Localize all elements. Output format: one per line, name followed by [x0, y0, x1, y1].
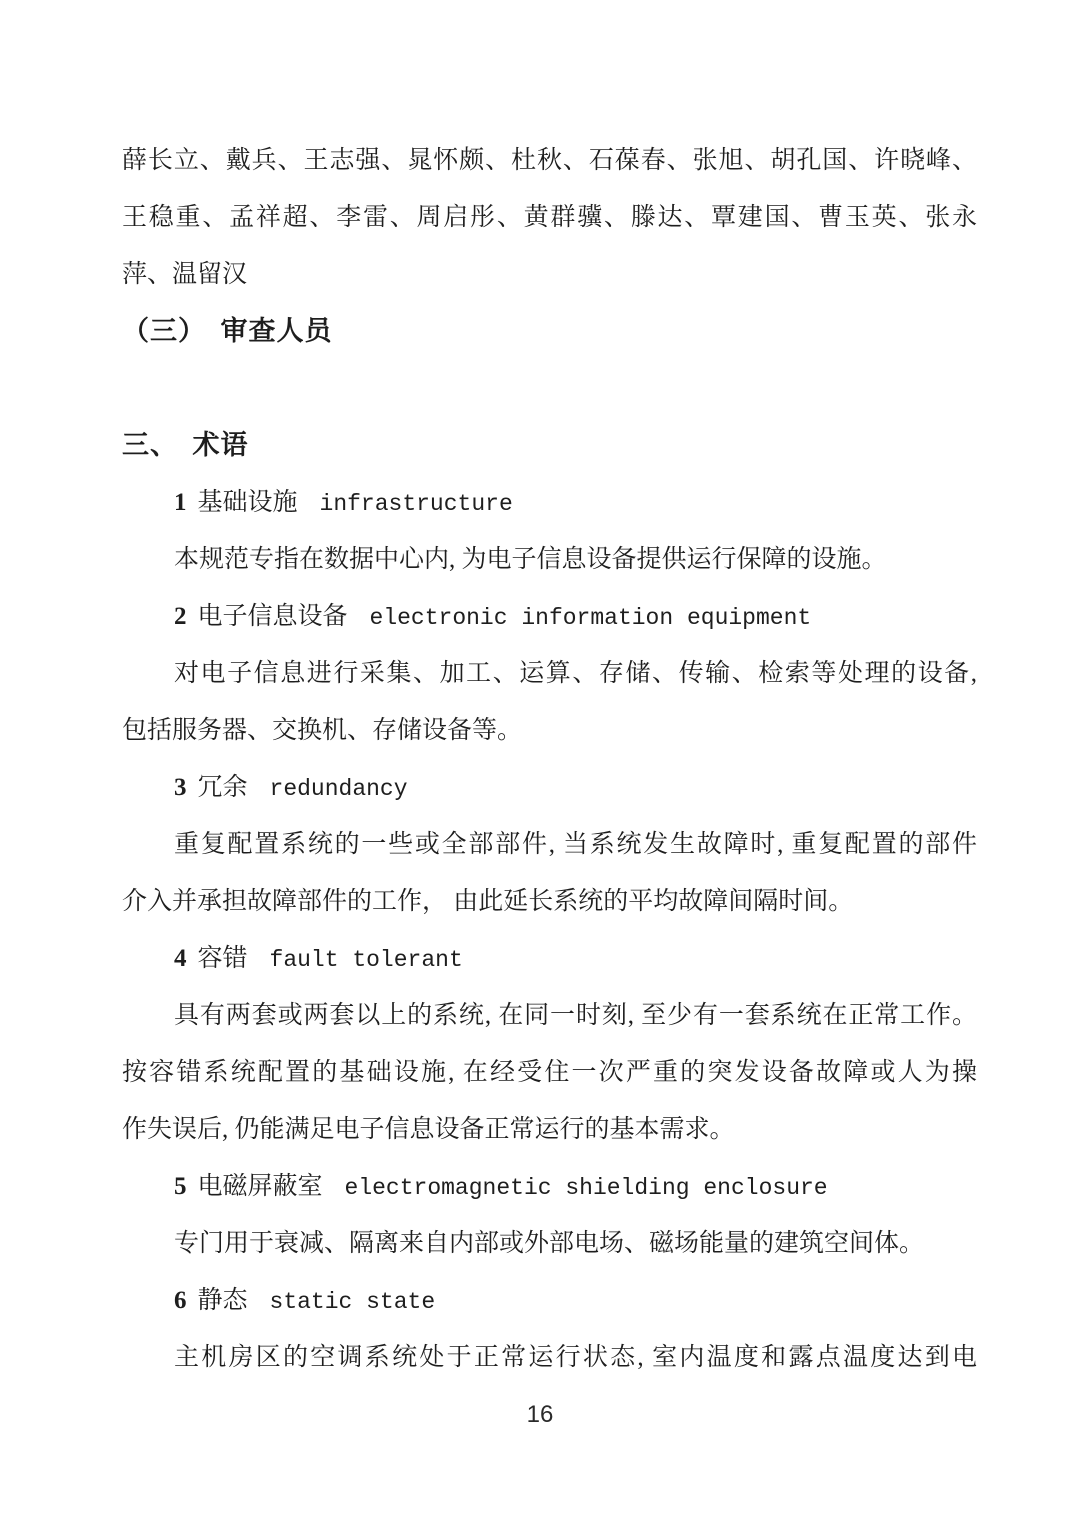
term-zh-label: 容错	[198, 945, 248, 972]
definition-line: 专门用于衰减、隔离来自内部或外部电场、磁场能量的建筑空间体。	[122, 1215, 977, 1272]
term-entry: 6静态static state	[122, 1272, 977, 1329]
names-paragraph: 薛长立、戴兵、王志强、晁怀颇、杜秋、石葆春、张旭、胡孔国、许晓峰、 王稳重、孟祥…	[122, 132, 977, 303]
document-page: 薛长立、戴兵、王志强、晁怀颇、杜秋、石葆春、张旭、胡孔国、许晓峰、 王稳重、孟祥…	[0, 0, 1080, 1527]
term-number: 6	[174, 1287, 187, 1314]
term-entry: 4容错fault tolerant	[122, 930, 977, 987]
definition-line: 介入并承担故障部件的工作， 由此延长系统的平均故障间隔时间。	[122, 873, 977, 930]
term-entry: 3冗余redundancy	[122, 759, 977, 816]
term-zh-label: 基础设施	[198, 489, 298, 516]
term-zh-label: 冗余	[198, 774, 248, 801]
term-entry: 2电子信息设备electronic information equipment	[122, 588, 977, 645]
definition-line: 具有两套或两套以上的系统, 在同一时刻, 至少有一套系统在正常工作。	[122, 987, 977, 1044]
definition-line: 作失误后, 仍能满足电子信息设备正常运行的基本需求。	[122, 1101, 977, 1158]
page-number: 16	[0, 1399, 1080, 1431]
names-line: 薛长立、戴兵、王志强、晁怀颇、杜秋、石葆春、张旭、胡孔国、许晓峰、	[122, 132, 977, 189]
term-zh-label: 电子信息设备	[198, 603, 348, 630]
terms-list: 1基础设施infrastructure 本规范专指在数据中心内, 为电子信息设备…	[122, 474, 977, 1386]
term-en-label: static state	[270, 1289, 436, 1315]
term-entry: 1基础设施infrastructure	[122, 474, 977, 531]
term-en-label: electromagnetic shielding enclosure	[345, 1175, 828, 1201]
names-line: 王稳重、孟祥超、李雷、周启彤、黄群骥、滕达、覃建国、曹玉英、张永	[122, 189, 977, 246]
term-en-label: electronic information equipment	[370, 605, 812, 631]
term-entry: 5电磁屏蔽室electromagnetic shielding enclosur…	[122, 1158, 977, 1215]
definition-line: 对电子信息进行采集、加工、运算、存储、传输、检索等处理的设备,	[122, 645, 977, 702]
definition-line: 本规范专指在数据中心内, 为电子信息设备提供运行保障的设施。	[122, 531, 977, 588]
term-zh-label: 电磁屏蔽室	[198, 1173, 323, 1200]
review-personnel-heading: （三） 审查人员	[122, 303, 977, 360]
term-zh-label: 静态	[198, 1287, 248, 1314]
term-number: 1	[174, 489, 187, 516]
definition-line: 按容错系统配置的基础设施, 在经受住一次严重的突发设备故障或人为操	[122, 1044, 977, 1101]
term-number: 3	[174, 774, 187, 801]
definition-line: 包括服务器、交换机、存储设备等。	[122, 702, 977, 759]
definition-line: 重复配置系统的一些或全部部件, 当系统发生故障时, 重复配置的部件	[122, 816, 977, 873]
term-en-label: redundancy	[270, 776, 408, 802]
term-number: 5	[174, 1173, 187, 1200]
names-line: 萍、温留汉	[122, 246, 977, 303]
term-number: 4	[174, 945, 187, 972]
term-number: 2	[174, 603, 187, 630]
term-en-label: fault tolerant	[270, 947, 463, 973]
term-en-label: infrastructure	[320, 491, 513, 517]
definition-line: 主机房区的空调系统处于正常运行状态, 室内温度和露点温度达到电	[122, 1329, 977, 1386]
terms-section-title: 三、 术语	[122, 417, 977, 474]
